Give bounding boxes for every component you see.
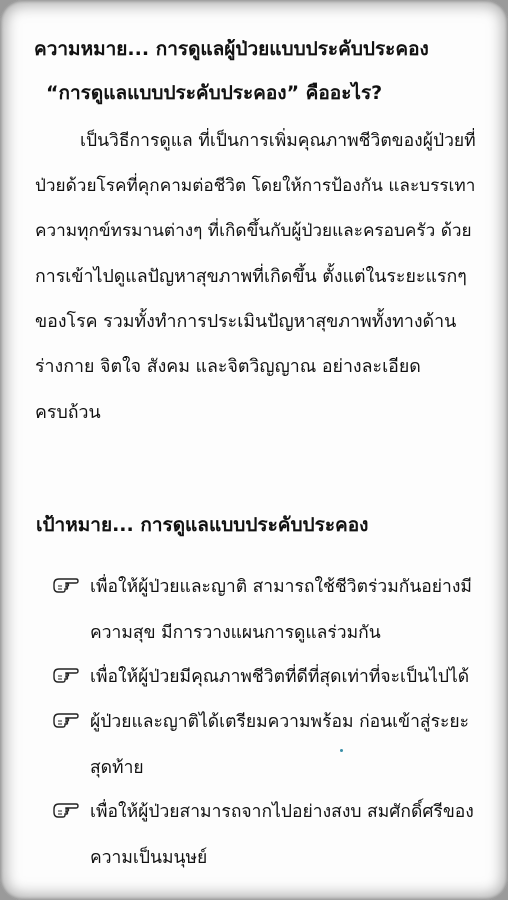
paragraph-line: ของโรค รวมทั้งทำการประเมินปัญหาสุขภาพทั้… [35,307,456,335]
document-page: ความหมาย... การดูแลผู้ป่วยแบบประคับประคอ… [0,0,508,900]
section-heading-meaning: ความหมาย... การดูแลผู้ป่วยแบบประคับประคอ… [34,34,429,64]
goal-item-line: เพื่อให้ผู้ป่วยสามารถจากไปอย่างสงบ สมศัก… [90,797,474,825]
paragraph-line: การเข้าไปดูแลปัญหาสุขภาพที่เกิดขึ้น ตั้ง… [35,262,467,290]
goal-item-line: เพื่อให้ผู้ป่วยมีคุณภาพชีวิตที่ดีที่สุดเ… [90,662,469,690]
goal-item-line: เพื่อให้ผู้ป่วยและญาติ สามารถใช้ชีวิตร่ว… [90,572,472,600]
goal-item-line: ความเป็นมนุษย์ [90,843,207,871]
paragraph-line: ความทุกข์ทรมานต่างๆ ที่เกิดขึ้นกับผู้ป่ว… [35,216,472,244]
pointing-hand-icon [52,665,80,685]
paragraph-line: ป่วยด้วยโรคที่คุกคามต่อชีวิต โดยให้การป้… [35,171,475,199]
pointing-hand-icon [52,575,80,595]
goal-item-line: ผู้ป่วยและญาติได้เตรียมความพร้อม ก่อนเข้… [90,707,469,735]
paragraph-line: เป็นวิธีการดูแล ที่เป็นการเพิ่มคุณภาพชีว… [80,126,476,154]
section-subheading-question: “การดูแลแบบประคับประคอง” คืออะไร? [46,78,382,108]
paragraph-line: ครบถ้วน [35,398,101,426]
goal-item-line: ความสุข มีการวางแผนการดูแลร่วมกัน [90,618,381,646]
pointing-hand-icon [52,800,80,820]
goal-item-line: สุดท้าย [90,753,144,781]
section-heading-goals: เป้าหมาย... การดูแลแบบประคับประคอง [36,510,368,540]
scan-speck [340,749,343,752]
pointing-hand-icon [52,710,80,730]
paragraph-line: ร่างกาย จิตใจ สังคม และจิตวิญญาณ อย่างละ… [35,352,421,380]
document-content: ความหมาย... การดูแลผู้ป่วยแบบประคับประคอ… [0,0,508,900]
